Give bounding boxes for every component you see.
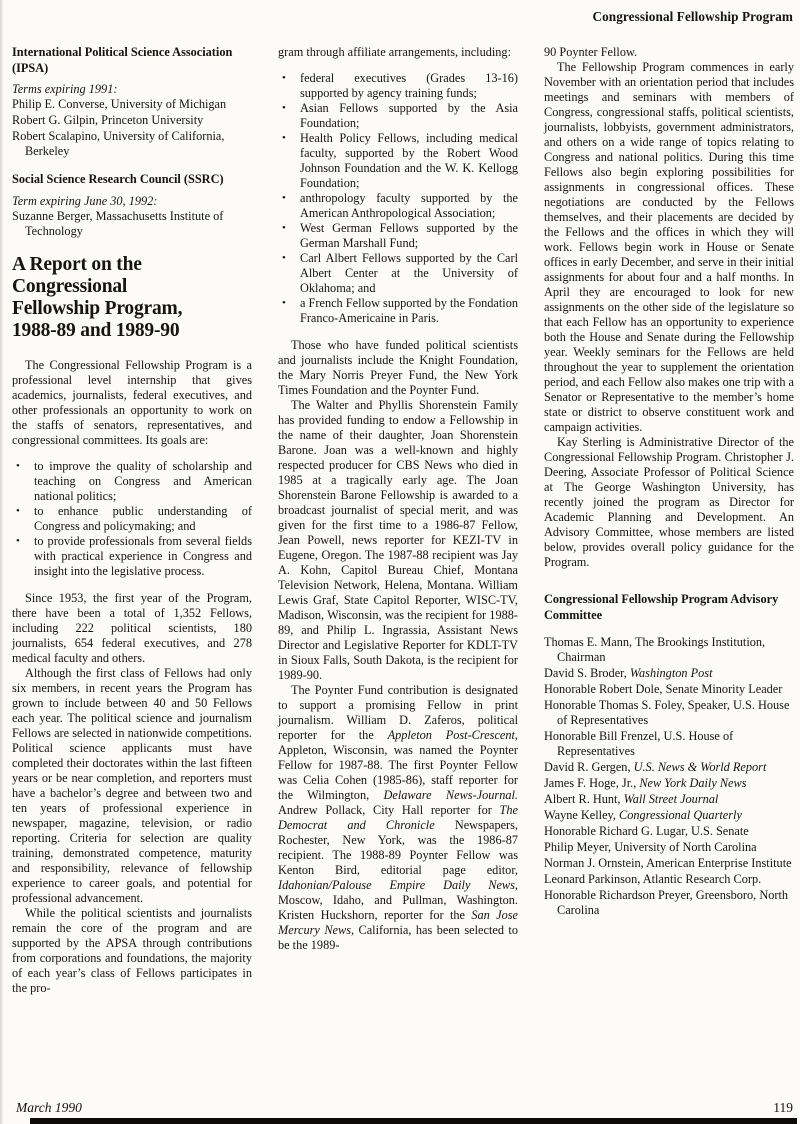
- paragraph-continuation: 90 Poynter Fellow.: [544, 45, 794, 60]
- paragraph-directors: Kay Sterling is Administrative Director …: [544, 435, 794, 570]
- bullet-icon: •: [282, 221, 286, 236]
- paragraph-commences: The Fellowship Program commences in earl…: [544, 60, 794, 435]
- footer-issue-date: March 1990: [16, 1100, 82, 1116]
- ssrc-term-label: Term expiring June 30, 1992:: [12, 194, 252, 209]
- committee-member: James F. Hoge, Jr., New York Daily News: [544, 776, 794, 791]
- ipsa-member: Robert G. Gilpin, Princeton University: [12, 113, 252, 128]
- committee-member: Honorable Richardson Preyer, Greensboro,…: [544, 888, 794, 918]
- goal-text: to enhance public understanding of Congr…: [34, 504, 252, 533]
- journal-page: { "header": { "running_title": "Congress…: [0, 0, 800, 1124]
- bullet-icon: •: [282, 191, 286, 206]
- ipsa-heading: International Political Science Associat…: [12, 45, 252, 76]
- affiliate-item: •federal executives (Grades 13-16) suppo…: [278, 71, 518, 101]
- committee-member: Leonard Parkinson, Atlantic Research Cor…: [544, 872, 794, 887]
- affiliate-text: anthropology faculty supported by the Am…: [300, 191, 518, 220]
- bullet-icon: •: [16, 504, 20, 519]
- ipsa-member: Philip E. Converse, University of Michig…: [12, 97, 252, 112]
- committee-heading: Congressional Fellowship Program Advisor…: [544, 592, 794, 623]
- scan-edge-artifact: [0, 0, 3, 1124]
- committee-member: Norman J. Ornstein, American Enterprise …: [544, 856, 794, 871]
- footer-page-number: 119: [773, 1100, 793, 1116]
- goal-text: to provide professionals from several fi…: [34, 534, 252, 578]
- paragraph-funders: Those who have funded political scientis…: [278, 338, 518, 398]
- affiliate-item: •anthropology faculty supported by the A…: [278, 191, 518, 221]
- paragraph-although: Although the first class of Fellows had …: [12, 666, 252, 906]
- scan-bottom-bar-artifact: [30, 1118, 797, 1124]
- article-title: A Report on the Congressional Fellowship…: [12, 254, 252, 342]
- bullet-icon: •: [282, 131, 286, 146]
- committee-member-list: Thomas E. Mann, The Brookings Institutio…: [544, 635, 794, 918]
- bullet-icon: •: [282, 101, 286, 116]
- goal-text: to improve the quality of scholarship an…: [34, 459, 252, 503]
- affiliate-item: •Health Policy Fellows, including medica…: [278, 131, 518, 191]
- committee-member: Wayne Kelley, Congressional Quarterly: [544, 808, 794, 823]
- paragraph-while: While the political scientists and journ…: [12, 906, 252, 996]
- article-title-line: 1988-89 and 1989-90: [12, 320, 252, 342]
- affiliate-text: Health Policy Fellows, including medical…: [300, 131, 518, 190]
- goal-item: •to improve the quality of scholarship a…: [12, 459, 252, 504]
- paragraph-poynter: The Poynter Fund contribution is designa…: [278, 683, 518, 953]
- committee-member: Honorable Thomas S. Foley, Speaker, U.S.…: [544, 698, 794, 728]
- affiliate-text: Asian Fellows supported by the Asia Foun…: [300, 101, 518, 130]
- paragraph-continuation: gram through affiliate arrangements, inc…: [278, 45, 518, 60]
- committee-member: Philip Meyer, University of North Caroli…: [544, 840, 794, 855]
- bullet-icon: •: [282, 71, 286, 86]
- affiliate-text: Carl Albert Fellows supported by the Car…: [300, 251, 518, 295]
- article-title-line: Congressional: [12, 276, 252, 298]
- bullet-icon: •: [16, 459, 20, 474]
- affiliate-item: •Carl Albert Fellows supported by the Ca…: [278, 251, 518, 296]
- affiliate-text: a French Fellow supported by the Fondati…: [300, 296, 518, 325]
- bullet-icon: •: [282, 251, 286, 266]
- affiliates-list: •federal executives (Grades 13-16) suppo…: [278, 71, 518, 326]
- paragraph-since-1953: Since 1953, the first year of the Progra…: [12, 591, 252, 666]
- column-2: gram through affiliate arrangements, inc…: [278, 45, 518, 996]
- affiliate-item: •West German Fellows supported by the Ge…: [278, 221, 518, 251]
- goal-item: •to provide professionals from several f…: [12, 534, 252, 579]
- affiliate-text: West German Fellows supported by the Ger…: [300, 221, 518, 250]
- goals-list: •to improve the quality of scholarship a…: [12, 459, 252, 579]
- bullet-icon: •: [282, 296, 286, 311]
- paragraph-shorenstein: The Walter and Phyllis Shorenstein Famil…: [278, 398, 518, 683]
- article-title-line: Fellowship Program,: [12, 298, 252, 320]
- ipsa-term-label: Terms expiring 1991:: [12, 82, 252, 97]
- committee-member: Thomas E. Mann, The Brookings Institutio…: [544, 635, 794, 665]
- ipsa-member: Robert Scalapino, University of Californ…: [12, 129, 252, 159]
- committee-member: Honorable Richard G. Lugar, U.S. Senate: [544, 824, 794, 839]
- goal-item: •to enhance public understanding of Cong…: [12, 504, 252, 534]
- affiliate-item: •Asian Fellows supported by the Asia Fou…: [278, 101, 518, 131]
- running-head: Congressional Fellowship Program: [592, 9, 793, 25]
- bullet-icon: •: [16, 534, 20, 549]
- column-3: 90 Poynter Fellow. The Fellowship Progra…: [544, 45, 794, 996]
- committee-member: David S. Broder, Washington Post: [544, 666, 794, 681]
- ssrc-heading: Social Science Research Council (SSRC): [12, 172, 252, 188]
- article-title-line: A Report on the: [12, 254, 252, 276]
- three-column-layout: International Political Science Associat…: [12, 45, 794, 996]
- committee-member: Honorable Bill Frenzel, U.S. House of Re…: [544, 729, 794, 759]
- committee-member: Albert R. Hunt, Wall Street Journal: [544, 792, 794, 807]
- section-ssrc: Social Science Research Council (SSRC) T…: [12, 172, 252, 239]
- committee-member: Honorable Robert Dole, Senate Minority L…: [544, 682, 794, 697]
- committee-member: David R. Gergen, U.S. News & World Repor…: [544, 760, 794, 775]
- affiliate-text: federal executives (Grades 13-16) suppor…: [300, 71, 518, 100]
- affiliate-item: •a French Fellow supported by the Fondat…: [278, 296, 518, 326]
- intro-paragraph: The Congressional Fellowship Program is …: [12, 358, 252, 448]
- column-1: International Political Science Associat…: [12, 45, 252, 996]
- section-ipsa: International Political Science Associat…: [12, 45, 252, 159]
- ssrc-member: Suzanne Berger, Massachusetts Institute …: [12, 209, 252, 239]
